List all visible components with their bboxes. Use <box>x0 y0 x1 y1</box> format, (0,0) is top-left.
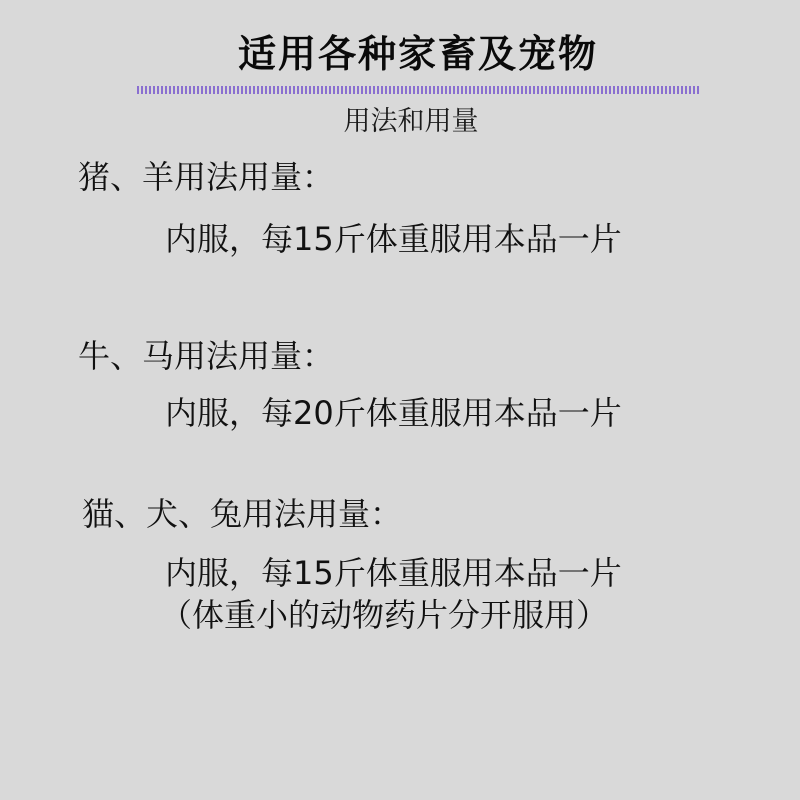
purple-dashed-divider <box>137 86 700 94</box>
dosage-note: （体重小的动物药片分开服用） <box>160 595 608 635</box>
dosage-text: 内服，每15斤体重服用本品一片 <box>165 553 622 593</box>
page-subtitle: 用法和用量 <box>0 104 800 140</box>
section-heading: 猪、羊用法用量： <box>78 157 334 197</box>
page-title: 适用各种家畜及宠物 <box>0 30 800 78</box>
dosage-text: 内服，每15斤体重服用本品一片 <box>165 219 622 259</box>
dosage-text: 内服，每20斤体重服用本品一片 <box>165 393 622 433</box>
section-heading: 牛、马用法用量： <box>78 336 334 376</box>
section-heading: 猫、犬、兔用法用量： <box>82 494 402 534</box>
